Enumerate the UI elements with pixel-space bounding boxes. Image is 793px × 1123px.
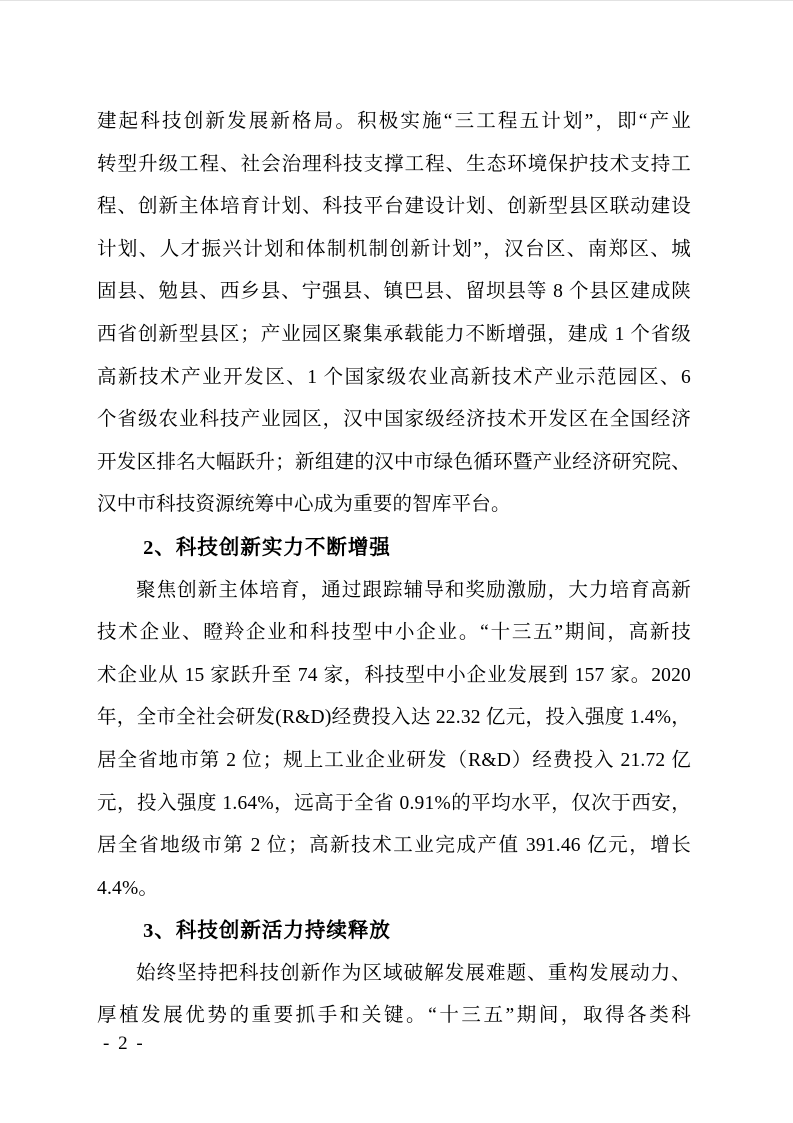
text-line: 技术企业、瞪羚企业和科技型中小企业。“十三五”期间，高新技 xyxy=(97,612,691,655)
text-line: 转型升级工程、社会治理科技支撑工程、生态环境保护技术支持工 xyxy=(97,144,691,187)
text-line: 厚植发展优势的重要抓手和关键。“十三五”期间，取得各类科 xyxy=(97,995,691,1038)
text-line: 年，全市全社会研发(R&D)经费投入达 22.32 亿元，投入强度 1.4%， xyxy=(97,697,691,740)
text-line: 建起科技创新发展新格局。积极实施“三工程五计划”，即“产业 xyxy=(97,101,691,144)
text-line: 术企业从 15 家跃升至 74 家，科技型中小企业发展到 157 家。2020 xyxy=(97,655,691,698)
text-line: 高新技术产业开发区、1 个国家级农业高新技术产业示范园区、6 xyxy=(97,357,691,400)
text-line: 元，投入强度 1.64%，远高于全省 0.91%的平均水平，仅次于西安， xyxy=(97,783,691,826)
section-heading: 2、科技创新实力不断增强 xyxy=(97,527,691,570)
text-line: 聚焦创新主体培育，通过跟踪辅导和奖励激励，大力培育高新 xyxy=(97,570,691,613)
document-page: 建起科技创新发展新格局。积极实施“三工程五计划”，即“产业转型升级工程、社会治理… xyxy=(0,0,793,1123)
text-line: 居全省地级市第 2 位；高新技术工业完成产值 391.46 亿元，增长 xyxy=(97,825,691,868)
text-line: 汉中市科技资源统筹中心成为重要的智库平台。 xyxy=(97,484,691,527)
text-line: 始终坚持把科技创新作为区域破解发展难题、重构发展动力、 xyxy=(97,953,691,996)
text-line: 西省创新型县区；产业园区聚集承载能力不断增强，建成 1 个省级 xyxy=(97,314,691,357)
section-heading: 3、科技创新活力持续释放 xyxy=(97,910,691,953)
text-line: 计划、人才振兴计划和体制机制创新计划”，汉台区、南郑区、城 xyxy=(97,229,691,272)
text-line: 开发区排名大幅跃升；新组建的汉中市绿色循环暨产业经济研究院、 xyxy=(97,442,691,485)
document-body: 建起科技创新发展新格局。积极实施“三工程五计划”，即“产业转型升级工程、社会治理… xyxy=(97,101,691,1038)
text-line: 固县、勉县、西乡县、宁强县、镇巴县、留坝县等 8 个县区建成陕 xyxy=(97,271,691,314)
page-number: - 2 - xyxy=(103,1032,145,1056)
text-line: 程、创新主体培育计划、科技平台建设计划、创新型县区联动建设 xyxy=(97,186,691,229)
text-line: 个省级农业科技产业园区，汉中国家级经济技术开发区在全国经济 xyxy=(97,399,691,442)
text-line: 4.4%。 xyxy=(97,868,691,911)
text-line: 居全省地市第 2 位；规上工业企业研发（R&D）经费投入 21.72 亿 xyxy=(97,740,691,783)
